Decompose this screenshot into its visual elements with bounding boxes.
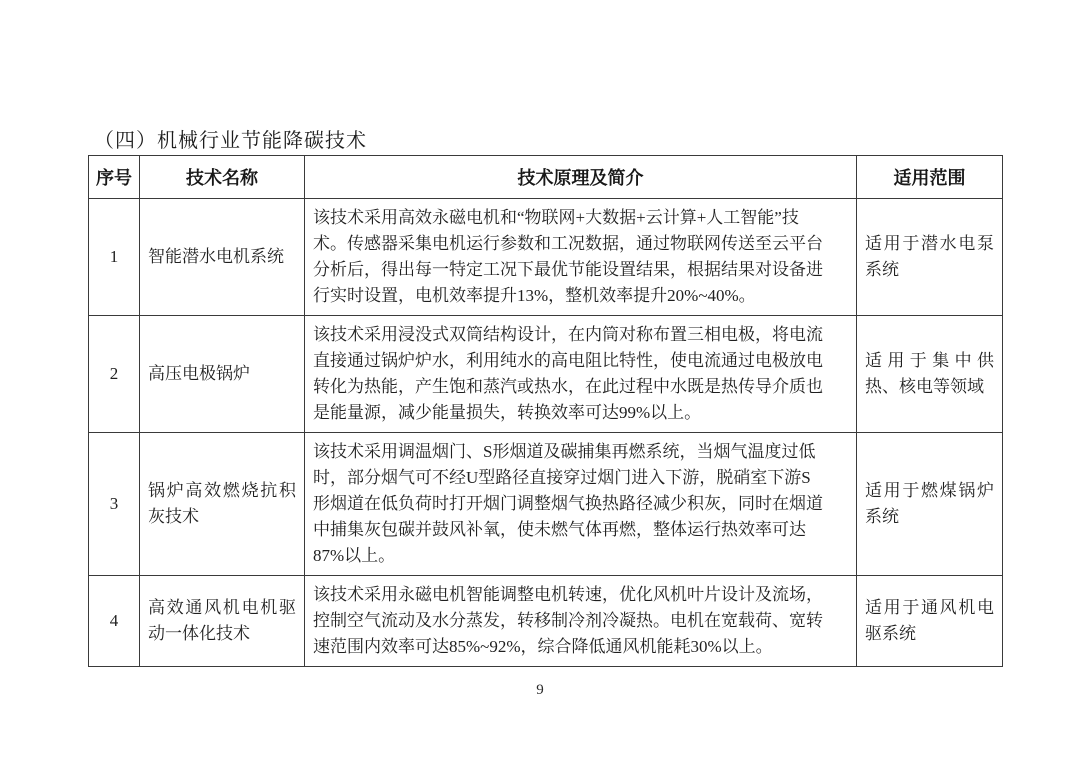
cell-index: 2 — [89, 316, 140, 433]
header-scope: 适用范围 — [857, 156, 1003, 199]
cell-tech-name: 锅炉高效燃烧抗积灰技术 — [140, 433, 305, 576]
header-tech-name: 技术名称 — [140, 156, 305, 199]
page-number: 9 — [0, 682, 1080, 699]
cell-description: 该技术采用高效永磁电机和“物联网+大数据+云计算+人工智能”技 术。传感器采集电… — [305, 199, 857, 316]
cell-index: 4 — [89, 576, 140, 667]
cell-index: 1 — [89, 199, 140, 316]
table-row: 3 锅炉高效燃烧抗积灰技术 该技术采用调温烟门、S形烟道及碳捕集再燃系统，当烟气… — [89, 433, 1003, 576]
document-page: （四）机械行业节能降碳技术 序号 技术名称 技术原理及简介 适用范围 1 智能潜… — [0, 0, 1080, 764]
cell-description: 该技术采用永磁电机智能调整电机转速，优化风机叶片设计及流场， 控制空气流动及水分… — [305, 576, 857, 667]
cell-description: 该技术采用浸没式双筒结构设计，在内筒对称布置三相电极，将电流 直接通过锅炉炉水，… — [305, 316, 857, 433]
cell-description: 该技术采用调温烟门、S形烟道及碳捕集再燃系统，当烟气温度过低 时，部分烟气可不经… — [305, 433, 857, 576]
table-row: 2 高压电极锅炉 该技术采用浸没式双筒结构设计，在内筒对称布置三相电极，将电流 … — [89, 316, 1003, 433]
header-description: 技术原理及简介 — [305, 156, 857, 199]
cell-scope: 适用于潜水电泵系统 — [857, 199, 1003, 316]
cell-scope: 适用于通风机电驱系统 — [857, 576, 1003, 667]
cell-scope: 适用于集中供热、核电等领域 — [857, 316, 1003, 433]
cell-scope: 适用于燃煤锅炉系统 — [857, 433, 1003, 576]
cell-tech-name: 高压电极锅炉 — [140, 316, 305, 433]
header-index: 序号 — [89, 156, 140, 199]
cell-tech-name: 高效通风机电机驱动一体化技术 — [140, 576, 305, 667]
cell-tech-name: 智能潜水电机系统 — [140, 199, 305, 316]
section-title: （四）机械行业节能降碳技术 — [94, 124, 367, 153]
table-row: 1 智能潜水电机系统 该技术采用高效永磁电机和“物联网+大数据+云计算+人工智能… — [89, 199, 1003, 316]
table-row: 4 高效通风机电机驱动一体化技术 该技术采用永磁电机智能调整电机转速，优化风机叶… — [89, 576, 1003, 667]
technology-table: 序号 技术名称 技术原理及简介 适用范围 1 智能潜水电机系统 该技术采用高效永… — [88, 155, 1003, 667]
table-header-row: 序号 技术名称 技术原理及简介 适用范围 — [89, 156, 1003, 199]
cell-index: 3 — [89, 433, 140, 576]
